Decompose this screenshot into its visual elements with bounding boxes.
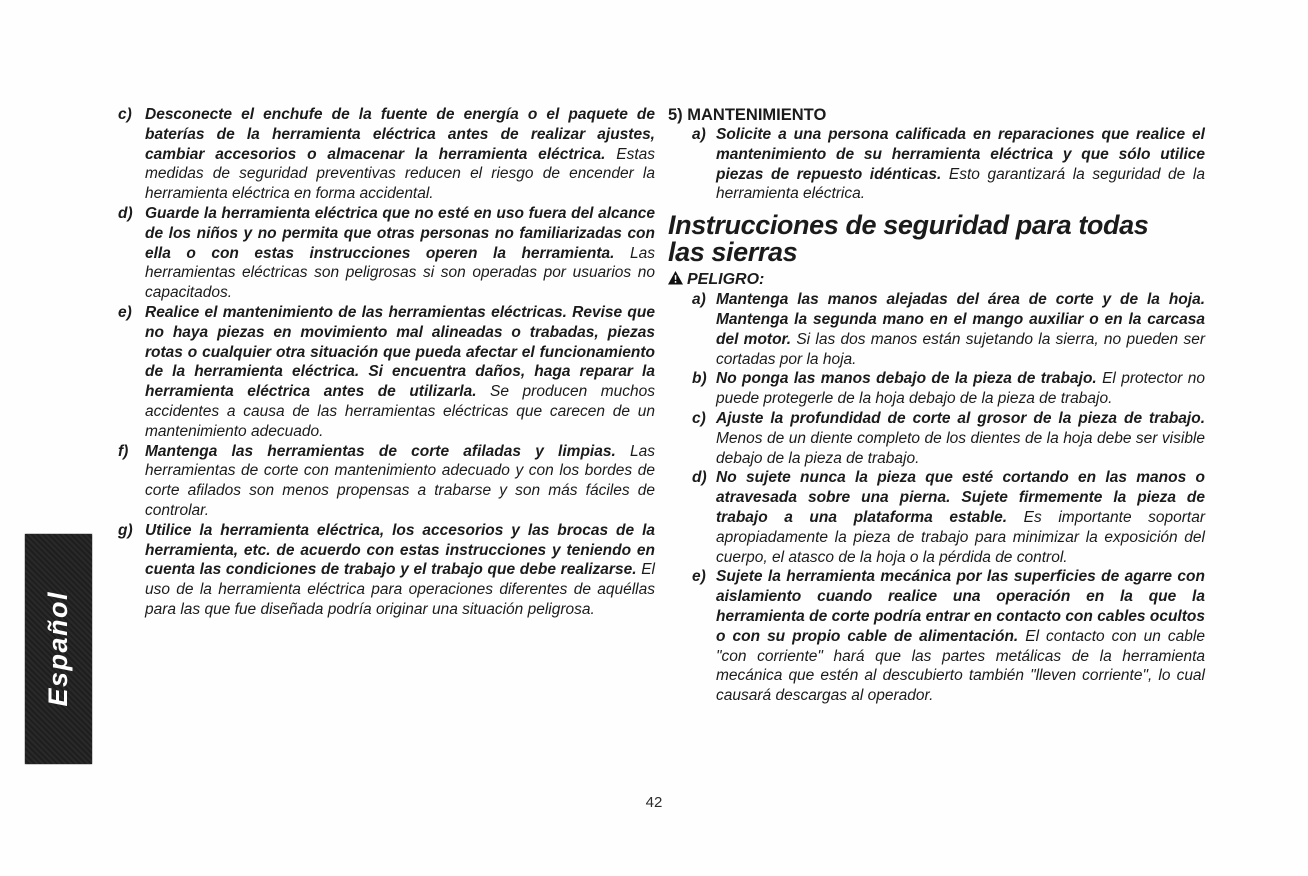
item-marker: d) — [692, 468, 716, 488]
section-heading-line-1: Instrucciones de seguridad para todas — [668, 210, 1148, 240]
saw-item-d: d)No sujete nunca la pieza que esté cort… — [692, 468, 1205, 567]
item-lead-text: Mantenga las herramientas de corte afila… — [145, 443, 616, 460]
item-lead-text: Guarde la herramienta eléctrica que no e… — [145, 205, 655, 262]
saw-item-e: e)Sujete la herramienta mecánica por las… — [692, 567, 1205, 706]
language-tab-label: Español — [43, 591, 74, 707]
item-marker: g) — [118, 521, 145, 541]
page-number: 42 — [0, 794, 1308, 811]
section-heading: Instrucciones de seguridad para todaslas… — [668, 212, 1205, 266]
item-body-text: Menos de un diente completo de los dient… — [716, 430, 1205, 467]
language-tab-espanol: Español — [25, 534, 92, 764]
left-column: c)Desconecte el enchufe de la fuente de … — [118, 105, 655, 620]
saw-item-c: c)Ajuste la profundidad de corte al gros… — [692, 409, 1205, 468]
item-marker: a) — [692, 290, 716, 310]
item-lead-text: Ajuste la profundidad de corte al grosor… — [716, 410, 1205, 427]
item-marker: c) — [692, 409, 716, 429]
item-marker: a) — [692, 125, 716, 145]
item-marker: c) — [118, 105, 145, 125]
item-marker: d) — [118, 204, 145, 224]
list-item-f: f)Mantenga las herramientas de corte afi… — [118, 442, 655, 521]
saw-item-a: a)Mantenga las manos alejadas del área d… — [692, 290, 1205, 369]
right-column: 5) MANTENIMIENTO a)Solicite a una person… — [668, 105, 1205, 706]
maintenance-item-a: a)Solicite a una persona calificada en r… — [692, 125, 1205, 204]
danger-label-text: PELIGRO: — [687, 271, 764, 288]
warning-triangle-icon — [668, 271, 683, 285]
item-marker: f) — [118, 442, 145, 462]
item-marker: b) — [692, 369, 716, 389]
list-item-g: g)Utilice la herramienta eléctrica, los … — [118, 521, 655, 620]
maintenance-heading: 5) MANTENIMIENTO — [668, 105, 1205, 125]
danger-label: PELIGRO: — [668, 269, 1205, 290]
item-lead-text: No ponga las manos debajo de la pieza de… — [716, 370, 1097, 387]
saw-item-b: b)No ponga las manos debajo de la pieza … — [692, 369, 1205, 409]
list-item-d: d)Guarde la herramienta eléctrica que no… — [118, 204, 655, 303]
section-heading-line-2: las sierras — [668, 237, 797, 267]
list-item-c: c)Desconecte el enchufe de la fuente de … — [118, 105, 655, 204]
item-marker: e) — [118, 303, 145, 323]
list-item-e: e)Realice el mantenimiento de las herram… — [118, 303, 655, 442]
item-lead-text: Desconecte el enchufe de la fuente de en… — [145, 106, 655, 163]
item-marker: e) — [692, 567, 716, 587]
item-lead-text: Utilice la herramienta eléctrica, los ac… — [145, 522, 655, 579]
manual-page: c)Desconecte el enchufe de la fuente de … — [0, 0, 1308, 876]
